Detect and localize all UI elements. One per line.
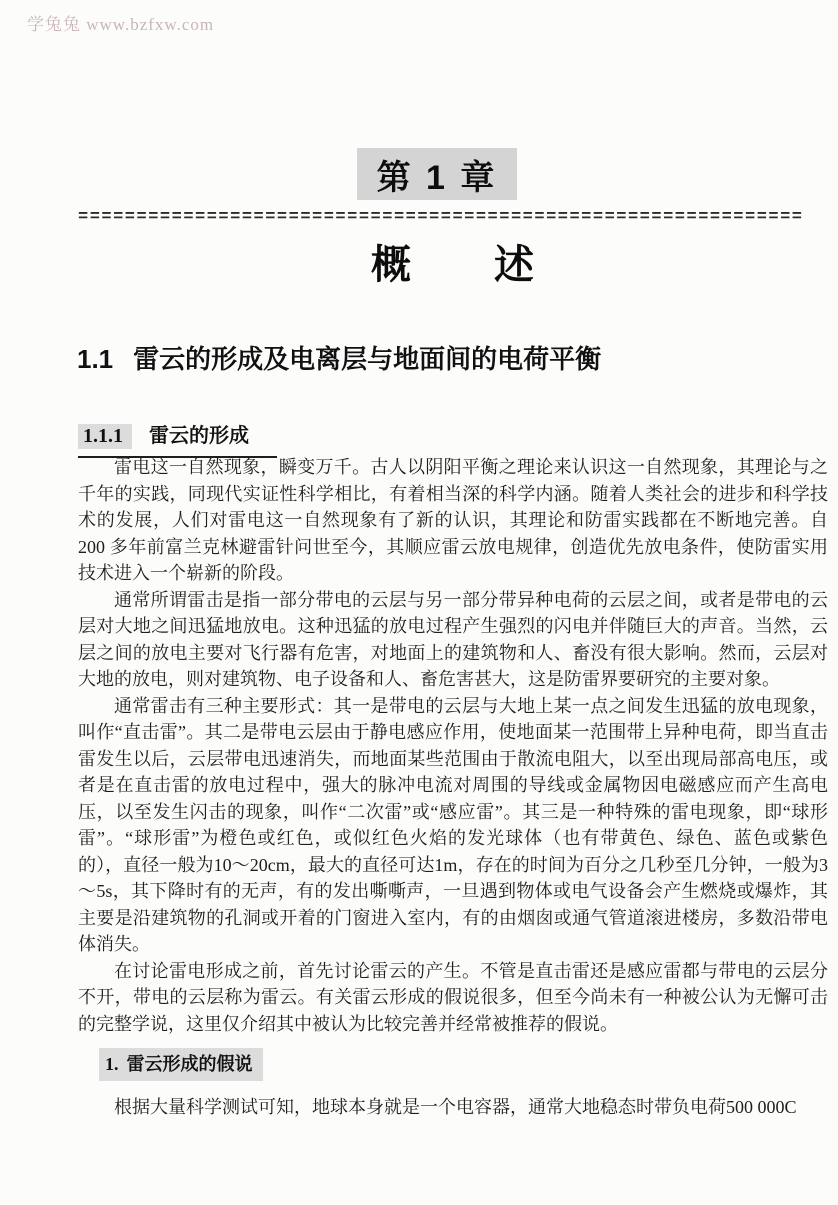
- section-title: 雷云的形成及电离层与地面间的电荷平衡: [133, 339, 601, 376]
- chapter-number-box: 第 1 章: [357, 148, 517, 200]
- paragraph-intro: 雷电这一自然现象，瞬变万千。古人以阴阳平衡之理论来认识这一自然现象，其理论与之千…: [78, 454, 828, 587]
- subheading-title: 雷云形成的假说: [127, 1051, 253, 1078]
- chapter-number-label: 第 1 章: [377, 150, 498, 199]
- chapter-title: 概 述: [78, 233, 828, 290]
- subsection-title: 雷云的形成: [149, 419, 249, 448]
- body-text-block: 雷电这一自然现象，瞬变万千。古人以阴阳平衡之理论来认识这一自然现象，其理论与之千…: [78, 454, 828, 1120]
- subheading-number: 1.: [105, 1051, 119, 1078]
- subsection-number: 1.1.1: [78, 424, 132, 449]
- paragraph-lightning-strike: 通常所谓雷击是指一部分带电的云层与另一部分带异种电荷的云层之间，或者是带电的云层…: [78, 587, 828, 693]
- chapter-divider-line: ========================================…: [78, 208, 828, 230]
- book-page: 学兔兔 www.bzfxw.com 第 1 章 ================…: [0, 0, 838, 1205]
- paragraph-three-forms: 通常雷击有三种主要形式：其一是带电的云层与大地上某一点之间发生迅猛的放电现象，叫…: [78, 693, 828, 958]
- subsection-heading: 1.1.1 雷云的形成: [78, 419, 277, 458]
- section-number: 1.1: [77, 344, 113, 375]
- watermark-text: 学兔兔 www.bzfxw.com: [27, 10, 214, 35]
- section-heading: 1.1 雷云的形成及电离层与地面间的电荷平衡: [77, 339, 601, 376]
- paragraph-earth-capacitor: 根据大量科学测试可知，地球本身就是一个电容器，通常大地稳态时带负电荷500 00…: [78, 1094, 828, 1121]
- numbered-subheading: 1. 雷云形成的假说: [99, 1048, 263, 1081]
- paragraph-thundercloud-origin: 在讨论雷电形成之前，首先讨论雷云的产生。不管是直击雷还是感应雷都与带电的云层分不…: [78, 958, 828, 1038]
